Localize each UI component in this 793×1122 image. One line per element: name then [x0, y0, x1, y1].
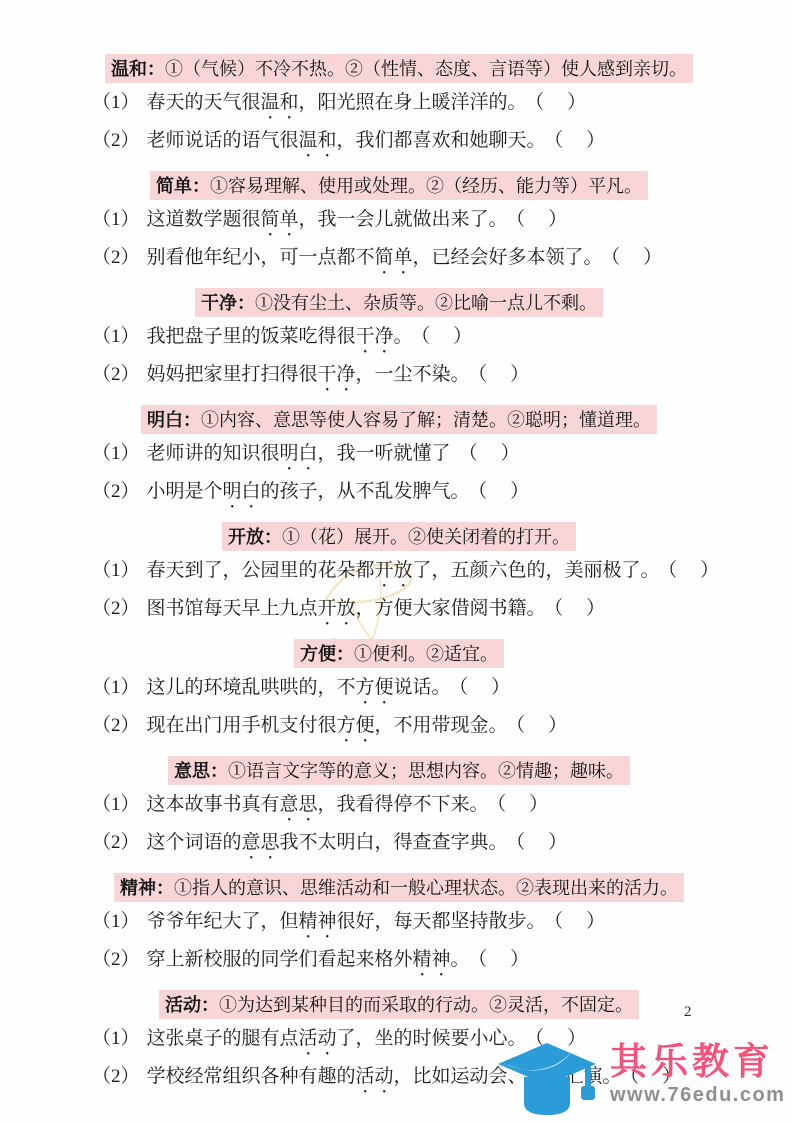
emphasized-word: 精神: [413, 949, 451, 970]
answer-blank: （ ）: [668, 560, 722, 581]
sentence-line: （1）爷爷年纪大了，但精神很好，每天都坚持散步。（ ）: [92, 905, 706, 943]
sentence-line: （2）老师说话的语气很温和，我们都喜欢和她聊天。（ ）: [92, 124, 706, 162]
sentence-pre: 这道数学题很: [147, 209, 261, 230]
sentence-pre: 这张桌子的腿有点: [147, 1028, 299, 1049]
headword: 方便：: [300, 644, 354, 664]
sentence-pre: 妈妈把家里打扫得很: [147, 364, 318, 385]
headword: 开放：: [228, 527, 282, 547]
answer-blank: （ ）: [516, 715, 570, 736]
sentence-post: ，一尘不染。: [356, 364, 470, 385]
sentence-post: ，方便大家借阅书籍。: [356, 598, 546, 619]
sentence-pre: 现在出门用手机支付很: [147, 715, 337, 736]
answer-blank: （ ）: [554, 598, 608, 619]
sentence-line: （1）这道数学题很简单，我一会儿就做出来了。（ ）: [92, 203, 706, 241]
sentence-post: 我不太明白，得查查字典。: [280, 832, 508, 853]
item-number: （1）: [92, 794, 140, 815]
sentence-line: （2）这个词语的意思我不太明白，得查查字典。（ ）: [92, 826, 706, 864]
definition-text: ①语言文字等的意义；思想内容。②情趣；趣味。: [228, 761, 624, 781]
emphasized-word: 意思: [280, 794, 318, 815]
worksheet-page: 温和：①（气候）不冷不热。②（性情、态度、言语等）使人感到亲切。 （1）春天的天…: [0, 0, 793, 1122]
definition-text: ①指人的意识、思维活动和一般心理状态。②表现出来的活力。: [174, 878, 678, 898]
sentence-line: （2）穿上新校服的同学们看起来格外精神。（ ）: [92, 943, 706, 981]
word-section: 精神：①指人的意识、思维活动和一般心理状态。②表现出来的活力。 （1）爷爷年纪大…: [92, 873, 706, 981]
item-number: （1）: [92, 92, 140, 113]
item-number: （2）: [92, 481, 140, 502]
emphasized-word: 方便: [356, 677, 394, 698]
site-url: www.76edu.com: [610, 1084, 785, 1106]
emphasized-word: 意思: [242, 832, 280, 853]
headword: 活动：: [165, 995, 219, 1015]
answer-blank: （ ）: [554, 130, 608, 151]
sentence-line: （2）现在出门用手机支付很方便，不用带现金。（ ）: [92, 709, 706, 747]
answer-blank: （ ）: [516, 832, 570, 853]
emphasized-word: 温和: [299, 130, 337, 151]
word-section: 干净：①没有尘土、杂质等。②比喻一点儿不剩。 （1）我把盘子里的饭菜吃得很干净。…: [92, 288, 706, 396]
answer-blank: （ ）: [478, 364, 532, 385]
word-section: 开放：①（花）展开。②使关闭着的打开。 （1）春天到了，公园里的花朵都开放了，五…: [92, 522, 706, 630]
sentence-pre: 春天的天气很: [147, 92, 261, 113]
word-section: 明白：①内容、意思等使人容易了解；清楚。②聪明；懂道理。 （1）老师讲的知识很明…: [92, 405, 706, 513]
answer-blank: （ ）: [535, 92, 589, 113]
sentence-post: ，不用带现金。: [375, 715, 508, 736]
item-number: （2）: [92, 715, 140, 736]
definition-heading: 简单：①容易理解、使用或处理。②（经历、能力等）平凡。: [92, 171, 706, 200]
sentence-pre: 图书馆每天早上九点: [147, 598, 318, 619]
sentence-pre: 穿上新校服的同学们看起来格外: [147, 949, 413, 970]
sentence-pre: 小明是个: [147, 481, 223, 502]
definition-heading: 开放：①（花）展开。②使关闭着的打开。: [92, 522, 706, 551]
definition-text: ①容易理解、使用或处理。②（经历、能力等）平凡。: [210, 176, 642, 196]
definition-highlight: 开放：①（花）展开。②使关闭着的打开。: [222, 522, 576, 551]
word-section: 简单：①容易理解、使用或处理。②（经历、能力等）平凡。 （1）这道数学题很简单，…: [92, 171, 706, 279]
word-section: 温和：①（气候）不冷不热。②（性情、态度、言语等）使人感到亲切。 （1）春天的天…: [92, 54, 706, 162]
emphasized-word: 温和: [261, 92, 299, 113]
definition-heading: 明白：①内容、意思等使人容易了解；清楚。②聪明；懂道理。: [92, 405, 706, 434]
site-logo: 其乐教育 www.76edu.com: [496, 1041, 785, 1122]
definition-heading: 精神：①指人的意识、思维活动和一般心理状态。②表现出来的活力。: [92, 873, 706, 902]
answer-blank: （ ）: [478, 481, 532, 502]
headword: 简单：: [156, 176, 210, 196]
answer-blank: （ ）: [611, 247, 665, 268]
sentence-pre: 这儿的环境乱哄哄的，不: [147, 677, 356, 698]
sentence-post: ，我一会儿就做出来了。: [299, 209, 508, 230]
definition-heading: 意思：①语言文字等的意义；思想内容。②情趣；趣味。: [92, 756, 706, 785]
definition-highlight: 温和：①（气候）不冷不热。②（性情、态度、言语等）使人感到亲切。: [105, 54, 693, 83]
item-number: （1）: [92, 1028, 140, 1049]
item-number: （2）: [92, 1066, 140, 1087]
sentence-line: （1）老师讲的知识很明白，我一听就懂了（ ）: [92, 437, 706, 475]
definition-text: ①内容、意思等使人容易了解；清楚。②聪明；懂道理。: [201, 410, 651, 430]
definition-highlight: 意思：①语言文字等的意义；思想内容。②情趣；趣味。: [168, 756, 630, 785]
item-number: （1）: [92, 560, 140, 581]
item-number: （1）: [92, 443, 140, 464]
item-number: （2）: [92, 130, 140, 151]
answer-blank: （ ）: [459, 443, 522, 464]
sentence-line: （2）别看他年纪小，可一点都不简单，已经会好多本领了。（ ）: [92, 241, 706, 279]
sentence-line: （1）这本故事书真有意思，我看得停不下来。（ ）: [92, 788, 706, 826]
definition-heading: 活动：①为达到某种目的而采取的行动。②灵活，不固定。: [92, 990, 706, 1019]
answer-blank: （ ）: [497, 794, 551, 815]
definition-text: ①（气候）不冷不热。②（性情、态度、言语等）使人感到亲切。: [165, 59, 687, 79]
answer-blank: （ ）: [459, 677, 513, 698]
sentence-pre: 我把盘子里的饭菜吃得很: [147, 326, 356, 347]
definition-heading: 方便：①便利。②适宜。: [92, 639, 706, 668]
sentence-post: ，我看得停不下来。: [318, 794, 489, 815]
headword: 意思：: [174, 761, 228, 781]
item-number: （1）: [92, 677, 140, 698]
sentence-pre: 这本故事书真有: [147, 794, 280, 815]
worksheet-content: 温和：①（气候）不冷不热。②（性情、态度、言语等）使人感到亲切。 （1）春天的天…: [92, 54, 706, 1107]
emphasized-word: 活动: [356, 1066, 394, 1087]
item-number: （2）: [92, 247, 140, 268]
emphasized-word: 简单: [261, 209, 299, 230]
logo-text: 其乐教育 www.76edu.com: [610, 1041, 785, 1106]
sentence-post: 很好，每天都坚持散步。: [337, 911, 546, 932]
word-section: 意思：①语言文字等的意义；思想内容。②情趣；趣味。 （1）这本故事书真有意思，我…: [92, 756, 706, 864]
brand-name: 其乐教育: [610, 1041, 785, 1083]
sentence-post: 。: [394, 326, 413, 347]
answer-blank: （ ）: [516, 209, 570, 230]
sentence-post: 了，五颜六色的，美丽极了。: [413, 560, 660, 581]
sentence-line: （2）图书馆每天早上九点开放，方便大家借阅书籍。（ ）: [92, 592, 706, 630]
definition-text: ①便利。②适宜。: [354, 644, 498, 664]
sentence-line: （1）我把盘子里的饭菜吃得很干净。（ ）: [92, 320, 706, 358]
emphasized-word: 简单: [375, 247, 413, 268]
sentence-line: （1）这儿的环境乱哄哄的，不方便说话。（ ）: [92, 671, 706, 709]
sentence-pre: 老师说话的语气很: [147, 130, 299, 151]
answer-blank: （ ）: [554, 911, 608, 932]
page-number: 2: [684, 1004, 692, 1021]
definition-heading: 干净：①没有尘土、杂质等。②比喻一点儿不剩。: [92, 288, 706, 317]
headword: 干净：: [201, 293, 255, 313]
definition-highlight: 活动：①为达到某种目的而采取的行动。②灵活，不固定。: [159, 990, 639, 1019]
sentence-post: ，我们都喜欢和她聊天。: [337, 130, 546, 151]
item-number: （2）: [92, 949, 140, 970]
answer-blank: （ ）: [478, 949, 532, 970]
emphasized-word: 明白: [223, 481, 261, 502]
sentence-pre: 别看他年纪小，可一点都不: [147, 247, 375, 268]
item-number: （2）: [92, 832, 140, 853]
definition-highlight: 干净：①没有尘土、杂质等。②比喻一点儿不剩。: [195, 288, 603, 317]
sentence-post: ，已经会好多本领了。: [413, 247, 603, 268]
sentence-line: （2）小明是个明白的孩子，从不乱发脾气。（ ）: [92, 475, 706, 513]
definition-text: ①（花）展开。②使关闭着的打开。: [282, 527, 570, 547]
emphasized-word: 方便: [337, 715, 375, 736]
headword: 温和：: [111, 59, 165, 79]
item-number: （1）: [92, 911, 140, 932]
sentence-pre: 老师讲的知识很: [147, 443, 280, 464]
emphasized-word: 干净: [318, 364, 356, 385]
emphasized-word: 干净: [356, 326, 394, 347]
word-section: 方便：①便利。②适宜。 （1）这儿的环境乱哄哄的，不方便说话。（ ） （2）现在…: [92, 639, 706, 747]
definition-highlight: 简单：①容易理解、使用或处理。②（经历、能力等）平凡。: [150, 171, 648, 200]
emphasized-word: 明白: [280, 443, 318, 464]
definition-text: ①没有尘土、杂质等。②比喻一点儿不剩。: [255, 293, 597, 313]
sentence-post: ，阳光照在身上暖洋洋的。: [299, 92, 527, 113]
graduation-cap-icon: [496, 1041, 600, 1122]
definition-highlight: 明白：①内容、意思等使人容易了解；清楚。②聪明；懂道理。: [141, 405, 657, 434]
item-number: （2）: [92, 364, 140, 385]
sentence-post: 说话。: [394, 677, 451, 698]
item-number: （1）: [92, 326, 140, 347]
sentence-post: ，我一听就懂了: [318, 443, 451, 464]
answer-blank: （ ）: [421, 326, 475, 347]
emphasized-word: 开放: [375, 560, 413, 581]
emphasized-word: 活动: [299, 1028, 337, 1049]
sentence-pre: 爷爷年纪大了，但: [147, 911, 299, 932]
sentence-pre: 春天到了，公园里的花朵都: [147, 560, 375, 581]
item-number: （2）: [92, 598, 140, 619]
sentence-line: （1）春天的天气很温和，阳光照在身上暖洋洋的。（ ）: [92, 86, 706, 124]
sentence-line: （2）妈妈把家里打扫得很干净，一尘不染。（ ）: [92, 358, 706, 396]
definition-highlight: 精神：①指人的意识、思维活动和一般心理状态。②表现出来的活力。: [114, 873, 684, 902]
emphasized-word: 开放: [318, 598, 356, 619]
definition-heading: 温和：①（气候）不冷不热。②（性情、态度、言语等）使人感到亲切。: [92, 54, 706, 83]
emphasized-word: 精神: [299, 911, 337, 932]
definition-highlight: 方便：①便利。②适宜。: [294, 639, 504, 668]
item-number: （1）: [92, 209, 140, 230]
sentence-pre: 学校经常组织各种有趣的: [147, 1066, 356, 1087]
sentence-pre: 这个词语的: [147, 832, 242, 853]
definition-text: ①为达到某种目的而采取的行动。②灵活，不固定。: [219, 995, 633, 1015]
sentence-line: （1）春天到了，公园里的花朵都开放了，五颜六色的，美丽极了。（ ）: [92, 554, 706, 592]
headword: 明白：: [147, 410, 201, 430]
sentence-post: 的孩子，从不乱发脾气。: [261, 481, 470, 502]
sentence-post: 。: [451, 949, 470, 970]
headword: 精神：: [120, 878, 174, 898]
